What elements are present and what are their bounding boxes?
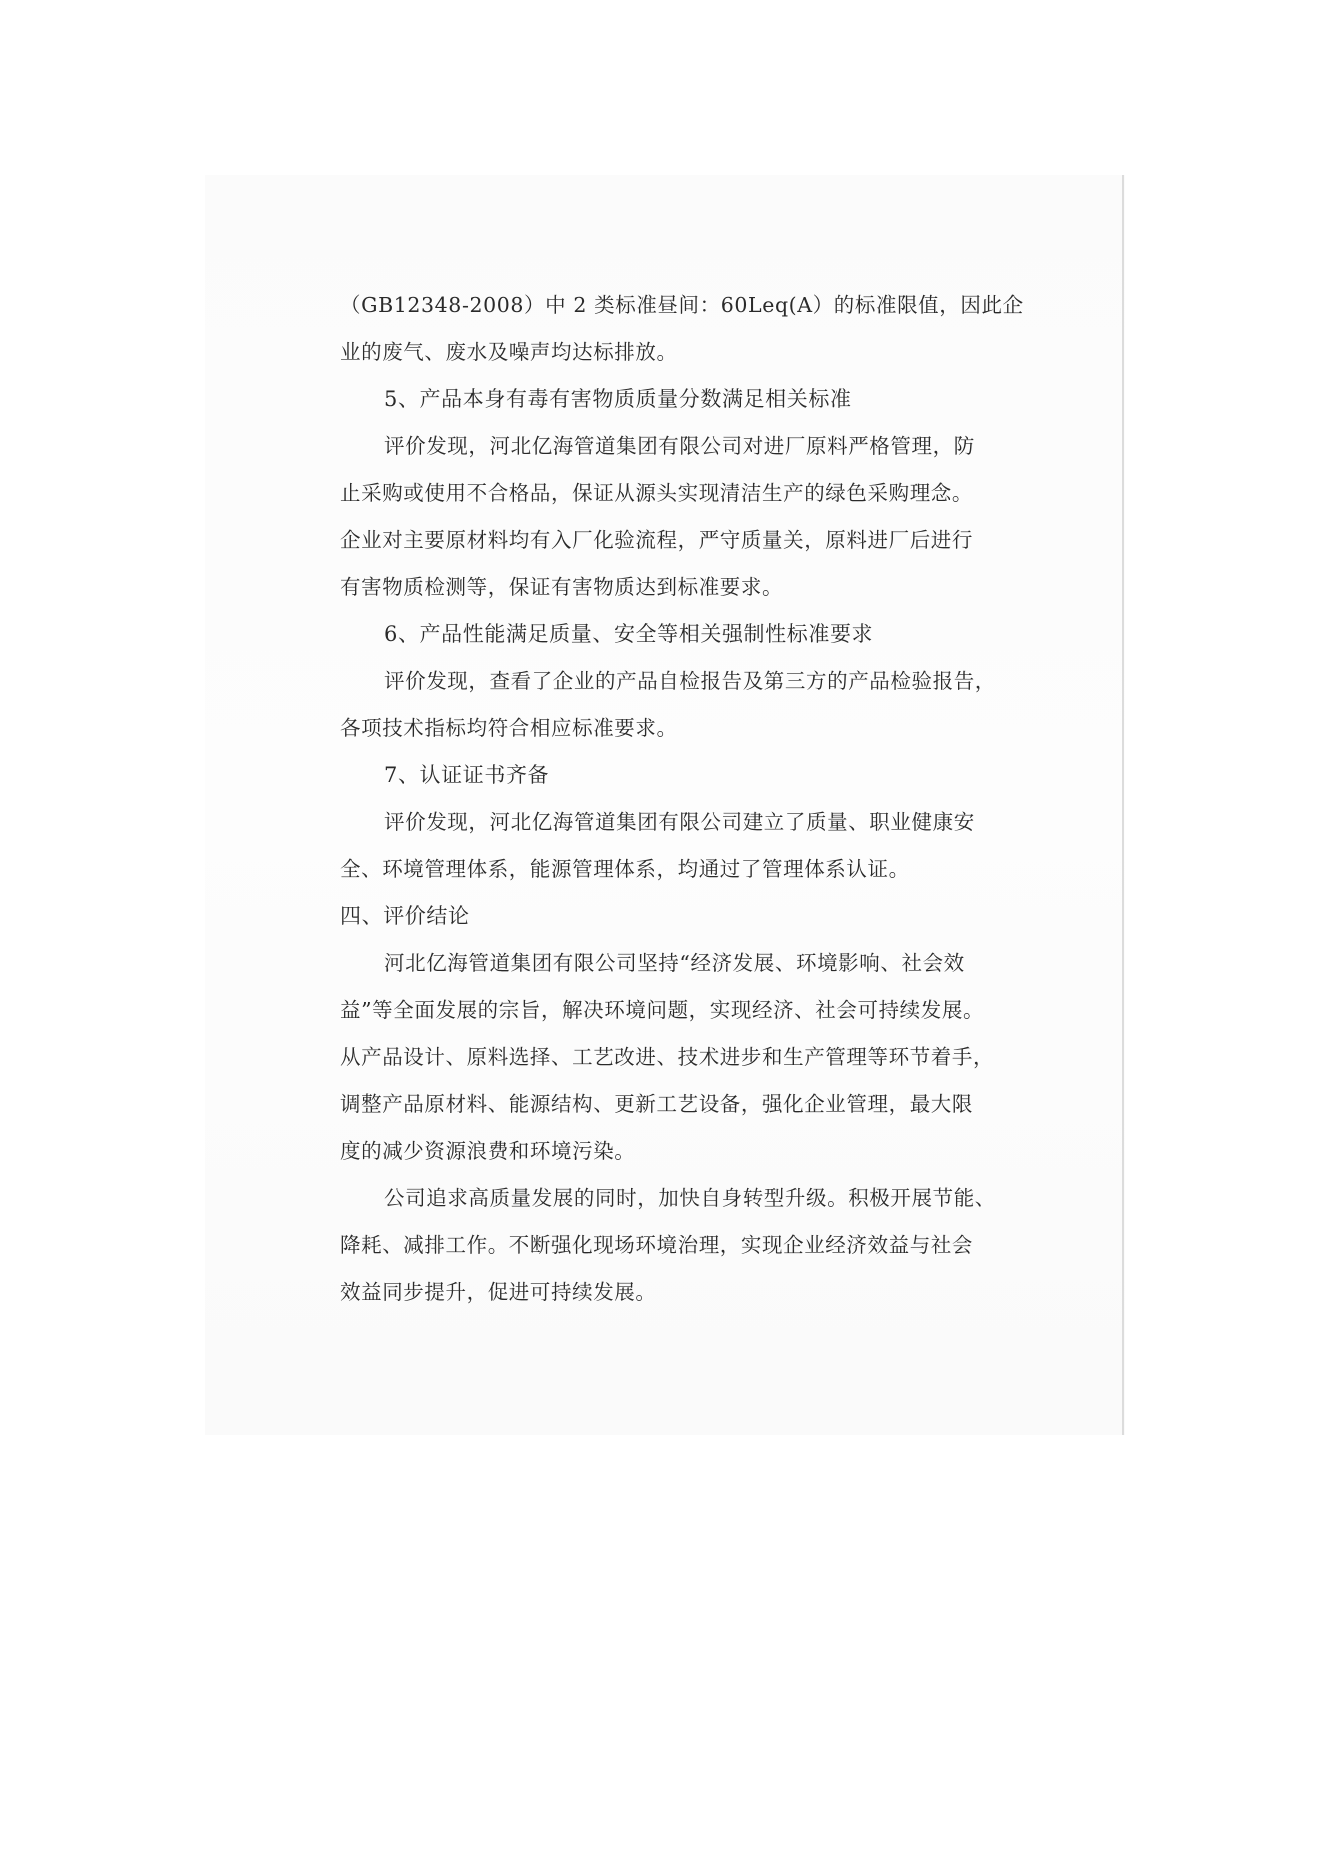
text-line: 公司追求高质量发展的同时，加快自身转型升级。积极开展节能、 (340, 1175, 980, 1222)
text-line: 度的减少资源浪费和环境污染。 (340, 1128, 980, 1175)
text-line: 各项技术指标均符合相应标准要求。 (340, 705, 980, 752)
text-line: 益”等全面发展的宗旨，解决环境问题，实现经济、社会可持续发展。 (340, 987, 980, 1034)
text-line: 效益同步提升，促进可持续发展。 (340, 1269, 980, 1316)
section-heading-5: 5、产品本身有毒有害物质质量分数满足相关标准 (340, 376, 980, 423)
text-line: 全、环境管理体系，能源管理体系，均通过了管理体系认证。 (340, 846, 980, 893)
section-heading-6: 6、产品性能满足质量、安全等相关强制性标准要求 (340, 611, 980, 658)
text-line: 业的废气、废水及噪声均达标排放。 (340, 329, 980, 376)
text-line: 评价发现，河北亿海管道集团有限公司对进厂原料严格管理，防 (340, 423, 980, 470)
text-line: 从产品设计、原料选择、工艺改进、技术进步和生产管理等环节着手， (340, 1034, 980, 1081)
text-line: （GB12348-2008）中 2 类标准昼间：60Leq(A）的标准限值，因此… (340, 282, 980, 329)
text-line: 止采购或使用不合格品，保证从源头实现清洁生产的绿色采购理念。 (340, 470, 980, 517)
chapter-heading-conclusion: 四、评价结论 (340, 893, 980, 940)
text-line: 降耗、减排工作。不断强化现场环境治理，实现企业经济效益与社会 (340, 1222, 980, 1269)
section-heading-7: 7、认证证书齐备 (340, 752, 980, 799)
text-line: 调整产品原材料、能源结构、更新工艺设备，强化企业管理，最大限 (340, 1081, 980, 1128)
scanned-page-edge (1122, 175, 1124, 1435)
text-line: 有害物质检测等，保证有害物质达到标准要求。 (340, 564, 980, 611)
document-body: （GB12348-2008）中 2 类标准昼间：60Leq(A）的标准限值，因此… (340, 282, 980, 1316)
text-line: 企业对主要原材料均有入厂化验流程，严守质量关，原料进厂后进行 (340, 517, 980, 564)
text-line: 评价发现，查看了企业的产品自检报告及第三方的产品检验报告， (340, 658, 980, 705)
text-line: 河北亿海管道集团有限公司坚持“经济发展、环境影响、社会效 (340, 940, 980, 987)
text-line: 评价发现，河北亿海管道集团有限公司建立了质量、职业健康安 (340, 799, 980, 846)
